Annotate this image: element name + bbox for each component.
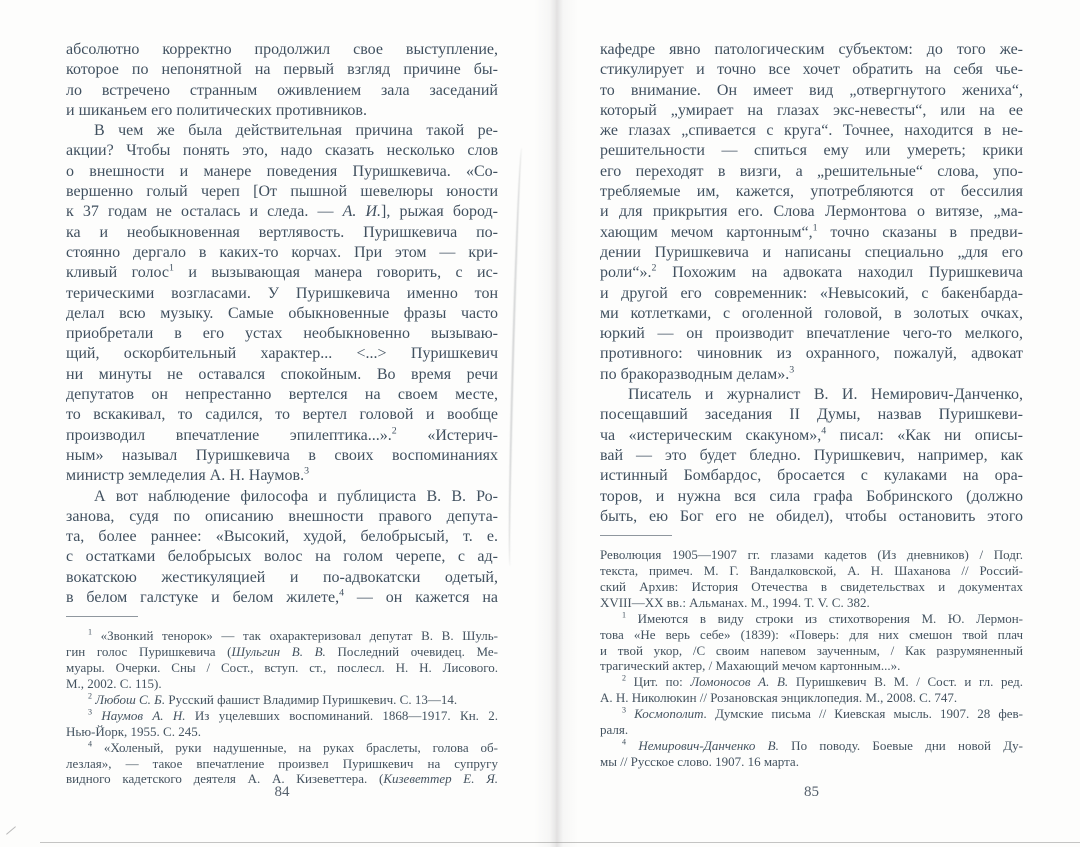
- text-line: министр земледелия А. Н. Наумов.3: [66, 466, 498, 486]
- text-line: акции? Чтобы понять это, надо сказать не…: [66, 141, 498, 161]
- text-line: текста, примеч. М. Г. Вандалковской, А. …: [600, 563, 1023, 579]
- text-line: 4 Немирович-Данченко В. По поводу. Боевы…: [600, 738, 1023, 754]
- text-line: 3 Космополит. Думские письма // Киевская…: [600, 706, 1023, 722]
- paragraph: Революция 1905—1907 гг. глазами кадетов …: [600, 547, 1023, 611]
- text-line: же глазах „спивается с круга“. Точнее, н…: [600, 121, 1023, 141]
- text-line: гин голос Пуришкевича (Шульгин В. В. Пос…: [66, 644, 498, 660]
- text-line: приобретали в его устах необыкновенно вы…: [66, 324, 498, 344]
- text-line: то внимание. Он имеет вид „отвергнутого …: [600, 81, 1023, 101]
- right-page-number: 85: [600, 784, 1023, 801]
- paragraph: В чем же была действительная причина так…: [66, 121, 498, 486]
- text-line: раля.: [600, 722, 1023, 738]
- text-line: депутатов он непрестанно вертелся на сво…: [66, 385, 498, 405]
- text-line: Нью-Йорк, 1955. С. 245.: [66, 724, 498, 740]
- text-line: та, более раннее: «Высокий, худой, белоб…: [66, 527, 498, 547]
- paragraph: 4 «Холеный, руки надушенные, на руках бр…: [66, 740, 498, 788]
- text-line: посещавший заседания II Думы, назвав Пур…: [600, 405, 1023, 425]
- paragraph: кафедре явно патологическим субъектом: д…: [600, 40, 1023, 385]
- paragraph: 1 Имеются в виду строки из стихотворения…: [600, 611, 1023, 675]
- text-line: вокатскою жестикуляцией и по-адвокатски …: [66, 568, 498, 588]
- paragraph: 3 Космополит. Думские письма // Киевская…: [600, 706, 1023, 738]
- text-line: ным» называл Пуришкевича в своих воспоми…: [66, 446, 498, 466]
- paragraph: А вот наблюдение философа и публициста В…: [66, 487, 498, 609]
- text-line: ка и необыкновенная вертлявость. Пуришке…: [66, 223, 498, 243]
- book-spread: абсолютно корректно продолжил свое высту…: [0, 0, 1080, 847]
- text-line: 1 Имеются в виду строки из стихотворения…: [600, 611, 1023, 627]
- text-line: с остатками белобрысых волос на голом че…: [66, 547, 498, 567]
- text-line: 2 Любош С. Б. Русский фашист Владимир Пу…: [66, 692, 498, 708]
- text-line: 2 Цит. по: Ломоносов А. В. Пуришкевич В.…: [600, 674, 1023, 690]
- text-line: делал всю музыку. Самые обыкновенные фра…: [66, 304, 498, 324]
- left-page-number: 84: [66, 784, 498, 801]
- text-line: его переходят в визги, а „решительные“ с…: [600, 162, 1023, 182]
- text-line: юркий — он производит впечатление чего-т…: [600, 324, 1023, 344]
- text-line: терическими возгласами. У Пуришкевича им…: [66, 284, 498, 304]
- text-line: М., 2002. С. 115).: [66, 676, 498, 692]
- text-line: кафедре явно патологическим субъектом: д…: [600, 40, 1023, 60]
- text-line: трагический актер, / Махающий мечом карт…: [600, 658, 1023, 674]
- text-line: хающим мечом картонным“,1 точно сказаны …: [600, 223, 1023, 243]
- paragraph: 1 «Звонкий тенорок» — так охарактеризова…: [66, 628, 498, 692]
- text-line: и для прикрытия его. Слова Лермонтова о …: [600, 202, 1023, 222]
- gutter-shadow: [534, 0, 578, 847]
- left-page: абсолютно корректно продолжил свое высту…: [66, 40, 498, 847]
- text-line: муары. Очерки. Сны / Сост., вступ. ст., …: [66, 660, 498, 676]
- text-line: 3 Наумов А. Н. Из уцелевших воспоминаний…: [66, 708, 498, 724]
- text-line: требляемые им, кажется, употребляются от…: [600, 182, 1023, 202]
- text-line: в белом галстуке и белом жилете,4 — он к…: [66, 588, 498, 608]
- paragraph: абсолютно корректно продолжил свое высту…: [66, 40, 498, 121]
- text-line: това «Не верь себе» (1839): «Поверь: для…: [600, 627, 1023, 643]
- text-line: который „умирает на глазах экс-невесты“,…: [600, 101, 1023, 121]
- left-footnote-rule: [66, 616, 138, 617]
- text-line: лезлая», — такое впечатление произвел Пу…: [66, 756, 498, 772]
- text-line: ча «истерическим скакуном»,4 писал: «Как…: [600, 426, 1023, 446]
- text-line: то вскакивал, то садился, то вертел голо…: [66, 405, 498, 425]
- text-line: роли“».2 Похожим на адвоката находил Пур…: [600, 263, 1023, 283]
- paragraph: 2 Цит. по: Ломоносов А. В. Пуришкевич В.…: [600, 674, 1023, 706]
- text-line: противного: чиновник из охранного, пожал…: [600, 344, 1023, 364]
- text-line: о внешности и манере поведения Пуришкеви…: [66, 162, 498, 182]
- text-line: дении Пуришкевича и написаны специально …: [600, 243, 1023, 263]
- text-line: производил впечатление эпилептика...».2 …: [66, 426, 498, 446]
- right-page: кафедре явно патологическим субъектом: д…: [600, 40, 1023, 847]
- text-line: по бракоразводным делам».3: [600, 365, 1023, 385]
- text-line: торов, и нужна вся сила графа Бобринског…: [600, 487, 1023, 507]
- text-line: Писатель и журналист В. И. Немирович-Дан…: [600, 385, 1023, 405]
- paragraph: 3 Наумов А. Н. Из уцелевших воспоминаний…: [66, 708, 498, 740]
- text-line: ми котлетками, с оголенной головой, в зо…: [600, 304, 1023, 324]
- left-page-footnotes: 1 «Звонкий тенорок» — так охарактеризова…: [66, 628, 498, 787]
- text-line: XVIII—XX вв.: Альманах. М., 1994. Т. V. …: [600, 595, 1023, 611]
- text-line: к 37 годам не осталась и следа. — А. И.]…: [66, 202, 498, 222]
- text-line: 1 «Звонкий тенорок» — так охарактеризова…: [66, 628, 498, 644]
- text-line: 4 «Холеный, руки надушенные, на руках бр…: [66, 740, 498, 756]
- text-line: и другой его современник: «Невысокий, с …: [600, 284, 1023, 304]
- text-line: абсолютно корректно продолжил свое высту…: [66, 40, 498, 60]
- text-line: стикулирует и точно все хочет обратить н…: [600, 60, 1023, 80]
- text-line: щий, оскорбительный характер... <...> Пу…: [66, 344, 498, 364]
- text-line: ло встречено странным оживлением зала за…: [66, 81, 498, 101]
- page-crease: [506, 148, 526, 566]
- text-line: ский Архив: История Отечества в свидетел…: [600, 579, 1023, 595]
- right-footnote-rule: [600, 535, 672, 536]
- text-line: вай — это будет бледно. Пуришкевич, напр…: [600, 446, 1023, 466]
- text-line: А вот наблюдение философа и публициста В…: [66, 487, 498, 507]
- left-page-body-text: абсолютно корректно продолжил свое высту…: [66, 40, 498, 608]
- text-line: и твой укор, /С своим напевом заученным,…: [600, 643, 1023, 659]
- text-line: занова, судя по описанию внешности право…: [66, 507, 498, 527]
- text-line: быть, ею Бог его не обидел), чтобы остан…: [600, 507, 1023, 527]
- text-line: ни минуты не оставался спокойным. Во вре…: [66, 365, 498, 385]
- text-line: истинный Бомбардос, бросается с кулаками…: [600, 466, 1023, 486]
- corner-scratch: [6, 826, 16, 834]
- text-line: стоянно дергало в каких-то корчах. При э…: [66, 243, 498, 263]
- text-line: вершенно голый череп [От пышной шевелюры…: [66, 182, 498, 202]
- text-line: мы // Русское слово. 1907. 16 марта.: [600, 754, 1023, 770]
- text-line: А. Н. Николюкин // Розановская энциклопе…: [600, 690, 1023, 706]
- right-page-footnotes: Революция 1905—1907 гг. глазами кадетов …: [600, 547, 1023, 770]
- text-line: Революция 1905—1907 гг. глазами кадетов …: [600, 547, 1023, 563]
- text-line: решительности — спиться ему или умереть;…: [600, 141, 1023, 161]
- text-line: которое по непонятной на первый взгляд п…: [66, 60, 498, 80]
- text-line: В чем же была действительная причина так…: [66, 121, 498, 141]
- paragraph: Писатель и журналист В. И. Немирович-Дан…: [600, 385, 1023, 527]
- paragraph: 4 Немирович-Данченко В. По поводу. Боевы…: [600, 738, 1023, 770]
- paragraph: 2 Любош С. Б. Русский фашист Владимир Пу…: [66, 692, 498, 708]
- text-line: и шиканьем его политических противников.: [66, 101, 498, 121]
- right-page-body-text: кафедре явно патологическим субъектом: д…: [600, 40, 1023, 527]
- text-line: кливый голос1 и вызывающая манера говори…: [66, 263, 498, 283]
